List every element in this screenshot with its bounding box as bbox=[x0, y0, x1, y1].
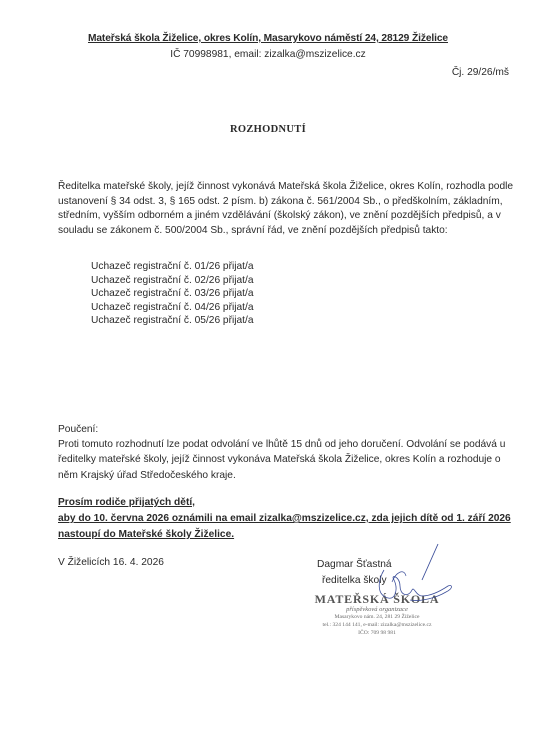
intro-line: středním, vyšším odborném a jiném vzdělá… bbox=[58, 209, 528, 224]
instruction-line: ředitelky mateřské školy, jejíž činnost … bbox=[58, 452, 505, 467]
applicant-item: Uchazeč registrační č. 02/26 přijat/a bbox=[91, 274, 254, 288]
intro-line: ustanovení § 34 odst. 3, § 165 odst. 2 p… bbox=[58, 195, 528, 210]
intro-line: Ředitelka mateřské školy, jejíž činnost … bbox=[58, 180, 528, 195]
document-title: ROZHODNUTÍ bbox=[0, 124, 536, 135]
intro-paragraph: Ředitelka mateřské školy, jejíž činnost … bbox=[58, 180, 528, 238]
handwritten-signature-icon bbox=[370, 540, 460, 615]
applicant-list: Uchazeč registrační č. 01/26 přijat/a Uc… bbox=[91, 260, 254, 328]
appeal-instruction: Poučení: Proti tomuto rozhodnutí lze pod… bbox=[58, 422, 505, 483]
applicant-item: Uchazeč registrační č. 04/26 přijat/a bbox=[91, 301, 254, 315]
notice-line: aby do 10. června 2026 oznámili na email… bbox=[58, 511, 511, 527]
instruction-line: něm Krajský úřad Středočeského kraje. bbox=[58, 468, 505, 483]
instruction-line: Proti tomuto rozhodnutí lze podat odvolá… bbox=[58, 437, 505, 452]
applicant-item: Uchazeč registrační č. 03/26 přijat/a bbox=[91, 287, 254, 301]
stamp-ico: IČO: 709 98 981 bbox=[307, 629, 447, 637]
stamp-contact: tel.: 324 144 141, e-mail: zizalka@msziz… bbox=[307, 621, 447, 629]
institution-line: Mateřská škola Žiželice, okres Kolín, Ma… bbox=[88, 33, 448, 44]
reference-number: Čj. 29/26/mš bbox=[452, 67, 509, 78]
applicant-item: Uchazeč registrační č. 05/26 přijat/a bbox=[91, 314, 254, 328]
contact-line: IČ 70998981, email: zizalka@mszizelice.c… bbox=[0, 49, 536, 60]
parent-notice: Prosím rodiče přijatých dětí, aby do 10.… bbox=[58, 495, 511, 543]
place-date: V Žiželicích 16. 4. 2026 bbox=[58, 557, 164, 568]
applicant-item: Uchazeč registrační č. 01/26 přijat/a bbox=[91, 260, 254, 274]
notice-line: Prosím rodiče přijatých dětí, bbox=[58, 495, 511, 511]
intro-line: souladu se zákonem č. 500/2004 Sb., sprá… bbox=[58, 224, 528, 239]
instruction-heading: Poučení: bbox=[58, 422, 505, 437]
institution-header: Mateřská škola Žiželice, okres Kolín, Ma… bbox=[0, 33, 536, 44]
